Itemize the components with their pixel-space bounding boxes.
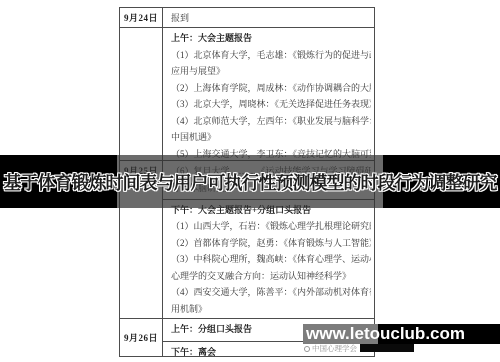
article-title: 基于体育锻炼时间表与用户可执行性预测模型的时段行为调整研究 bbox=[0, 169, 500, 195]
schedule-line: 心理学的交叉融合方向：运动认知神经科学》 bbox=[171, 268, 371, 285]
session-block: 上午：分组口头报告 bbox=[163, 319, 374, 341]
title-banner: 基于体育锻炼时间表与用户可执行性预测模型的时段行为调整研究 bbox=[0, 155, 500, 208]
content-cell: 上午：大会主题报告（1）北京体育大学，毛志雄：《锻炼行为的促进与改变——理论、应… bbox=[163, 28, 374, 160]
watermark-black-box bbox=[378, 324, 500, 344]
schedule-line: 报到 bbox=[171, 10, 371, 27]
session-header: 上午：大会主题报告 bbox=[171, 30, 371, 47]
date-cell: 9月24日 bbox=[120, 8, 163, 27]
schedule-line: （1）北京体育大学，毛志雄：《锻炼行为的促进与改变——理论、 bbox=[171, 47, 371, 64]
schedule-line: （1）山西大学，石岩：《锻炼心理学扎根理论研究的质量管理》 bbox=[171, 218, 371, 235]
session-block: 上午：大会主题报告（1）北京体育大学，毛志雄：《锻炼行为的促进与改变——理论、应… bbox=[163, 28, 374, 160]
date-cell: 9月26日 bbox=[120, 319, 163, 356]
schedule-line: （4）北京师范大学，左西年：《职业发展与脑科学：国际前沿和 bbox=[171, 113, 371, 130]
session-header: 下午：离会 bbox=[171, 344, 371, 356]
schedule-line: 中国机遇》 bbox=[171, 129, 371, 146]
schedule-line: （2）首都体育学院，赵勇：《体育锻炼与人工智能》（暂定） bbox=[171, 235, 371, 252]
schedule-row: 9月26日上午：分组口头报告下午：离会 bbox=[120, 318, 374, 356]
session-header: 上午：分组口头报告 bbox=[171, 321, 371, 338]
session-block: 下午：离会 bbox=[163, 341, 374, 356]
document-page: 9月24日报到上午：大会主题报告（1）北京体育大学，毛志雄：《锻炼行为的促进与改… bbox=[0, 0, 500, 362]
content-cell: 报到 bbox=[163, 8, 374, 27]
schedule-row: 9月24日报到 bbox=[120, 8, 374, 27]
schedule-line: 用机制》 bbox=[171, 301, 371, 318]
schedule-row: 上午：大会主题报告（1）北京体育大学，毛志雄：《锻炼行为的促进与改变——理论、应… bbox=[120, 27, 374, 160]
schedule-line: 应用与展望》 bbox=[171, 63, 371, 80]
schedule-line: （3）中科院心理所，魏高峡：《体育心理学、运动心理学与锻炼 bbox=[171, 251, 371, 268]
session-block: 报到 bbox=[163, 8, 374, 27]
schedule-line: （2）上海体育学院，周成林：《动作协调耦合的大脑加工机制》 bbox=[171, 80, 371, 97]
session-block: 下午：大会主题报告+分组口头报告（1）山西大学，石岩：《锻炼心理学扎根理论研究的… bbox=[163, 199, 374, 318]
content-cell: 上午：分组口头报告下午：离会 bbox=[163, 319, 374, 356]
date-cell bbox=[120, 28, 163, 160]
schedule-line: （3）北京大学，周晓林：《无关选择促进任务表现》 bbox=[171, 96, 371, 113]
schedule-line: （4）西安交通大学，陈善平：《内外部动机对体育行为的双重作 bbox=[171, 284, 371, 301]
